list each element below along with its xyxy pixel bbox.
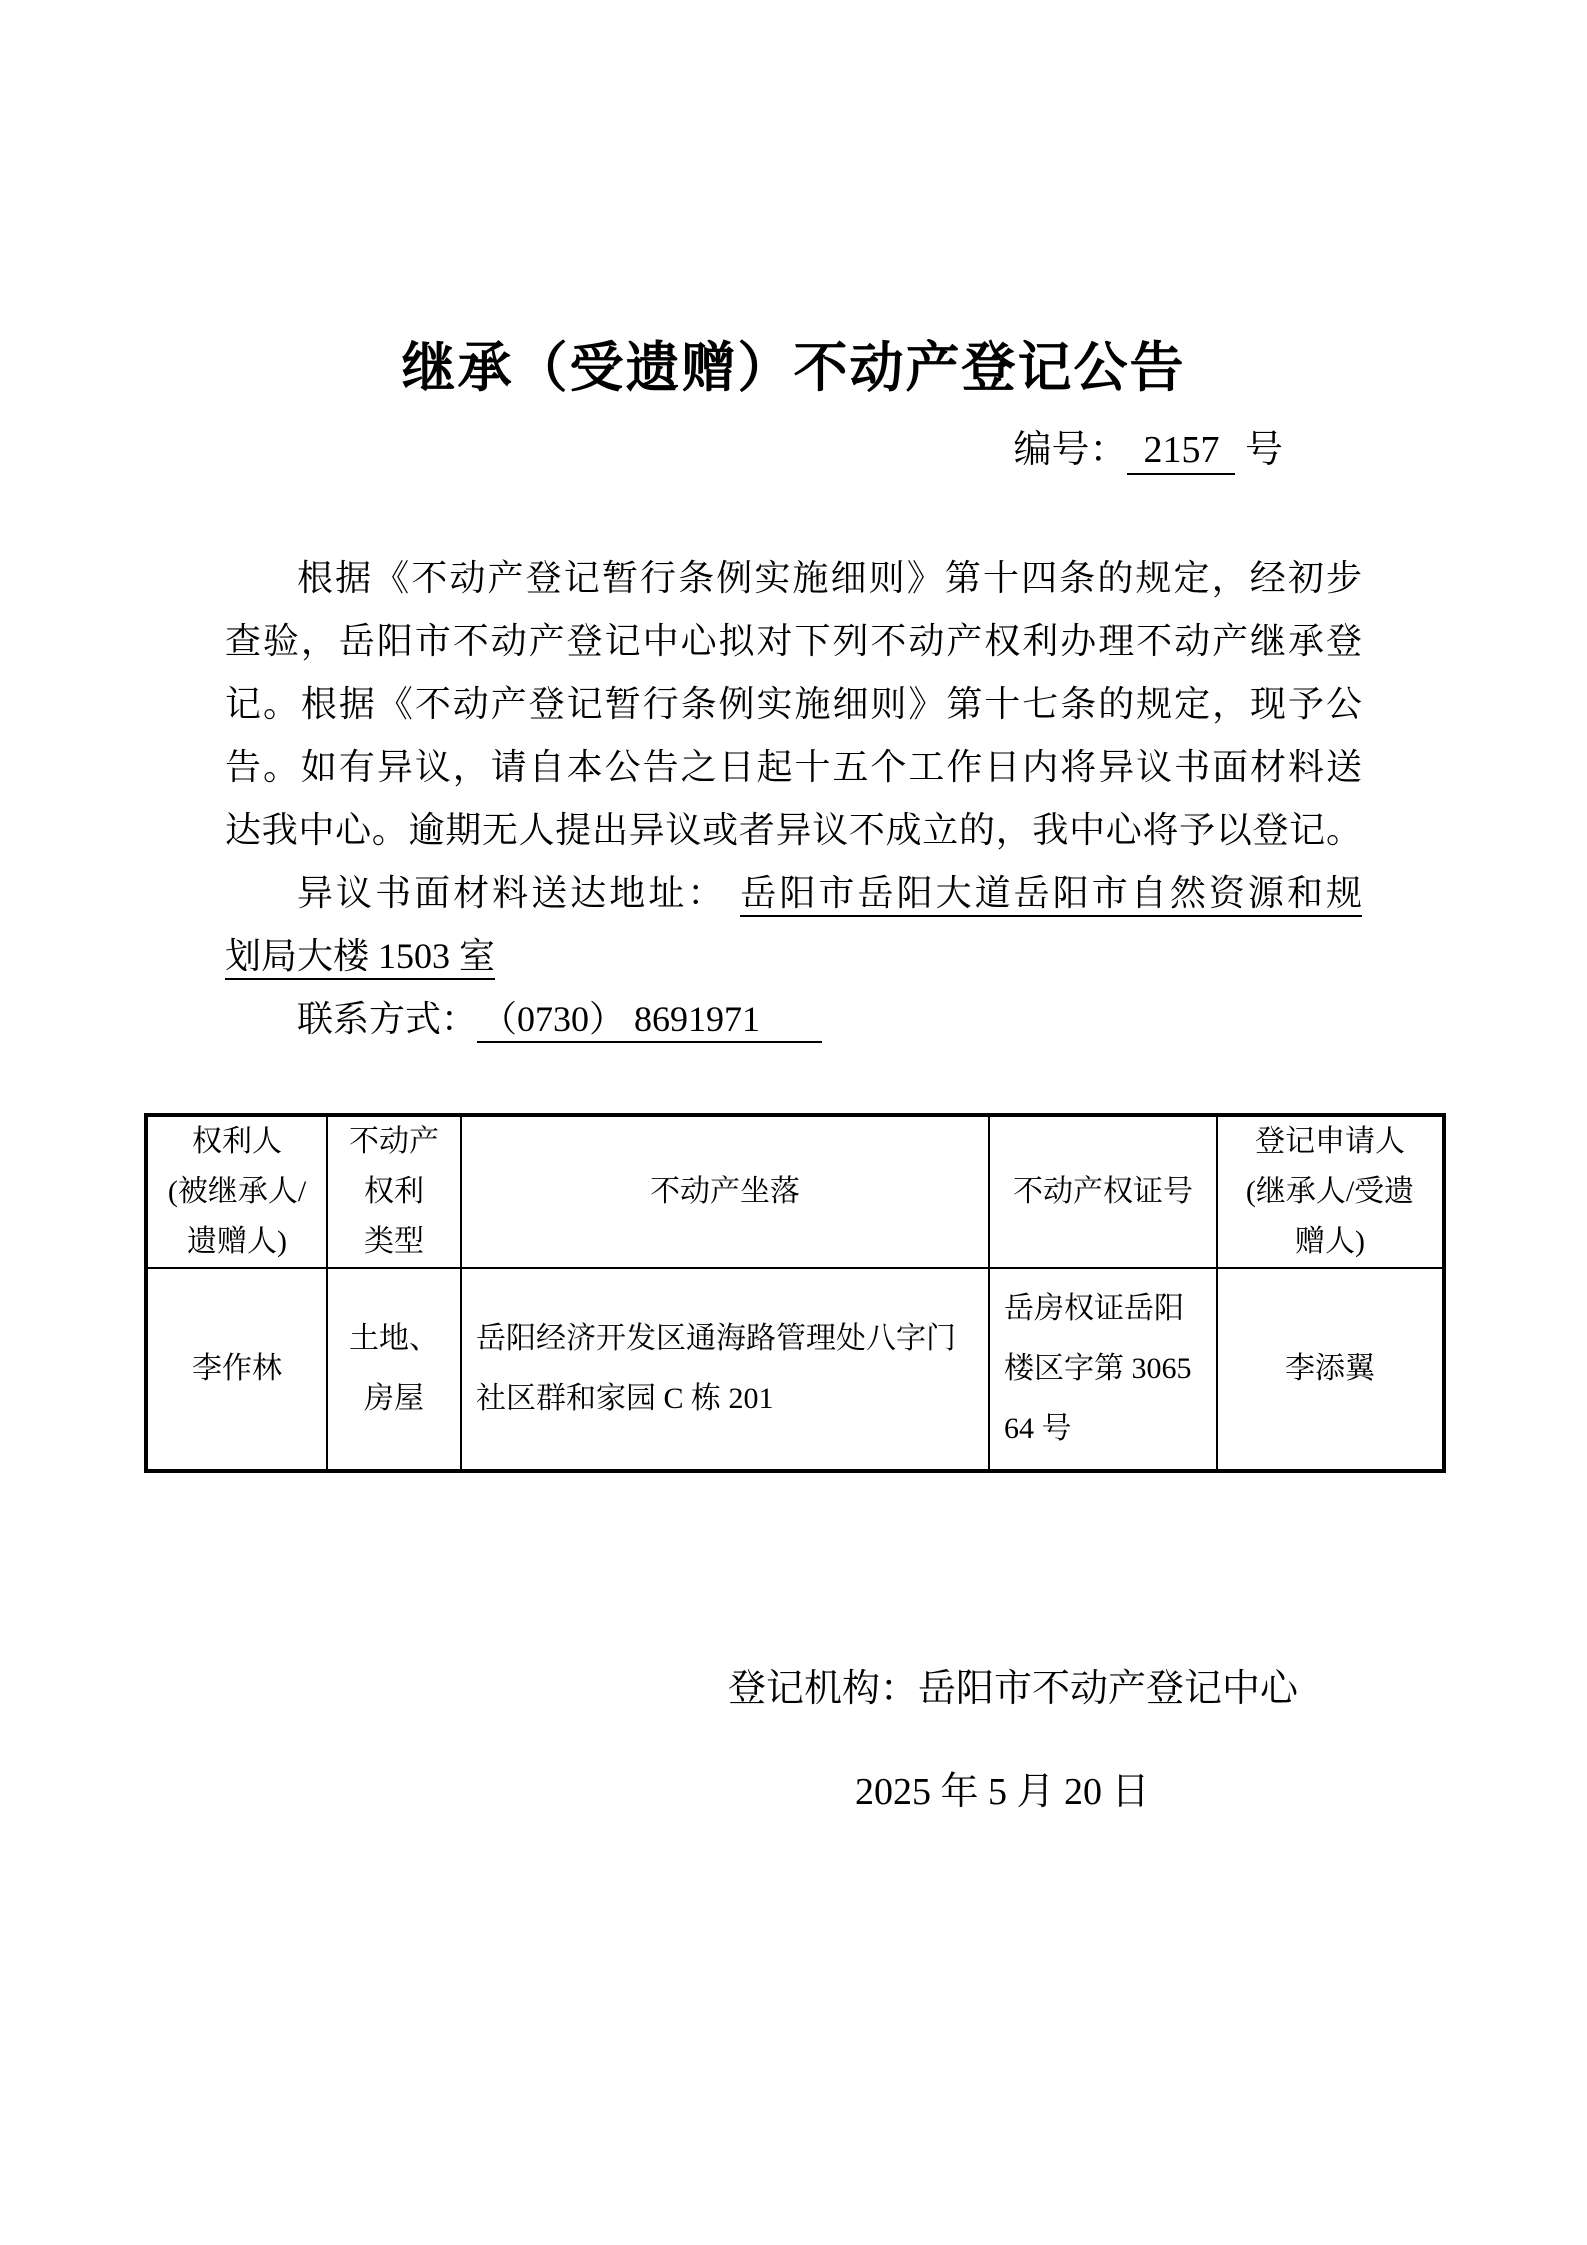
- contact-value: （0730） 8691971: [477, 999, 822, 1043]
- contact-label: 联系方式：: [297, 999, 477, 1039]
- table-cell-rightholder: 李作林: [146, 1268, 327, 1471]
- serial-suffix: 号: [1235, 429, 1283, 471]
- table-header-row: 权利人 (被继承人/ 遗赠人) 不动产 权利 类型 不动产坐落 不动产权证号 登…: [146, 1115, 1444, 1268]
- page-title: 继承（受遗赠）不动产登记公告: [225, 335, 1362, 403]
- address-label: 异议书面材料送达地址：: [297, 873, 726, 913]
- paragraph-line-2: 查验，岳阳市不动产登记中心拟对下列不动产权利办理不动产继承登: [225, 610, 1362, 673]
- address-line-2: 划局大楼 1503 室: [225, 925, 1362, 988]
- contact-line: 联系方式：（0730） 8691971: [225, 988, 1362, 1051]
- serial-number-line: 编号：2157 号: [225, 419, 1362, 482]
- table-header-rightholder: 权利人 (被继承人/ 遗赠人): [146, 1115, 327, 1268]
- document-page: 继承（受遗赠）不动产登记公告 编号：2157 号 根据《不动产登记暂行条例实施细…: [0, 0, 1587, 2245]
- table-cell-location: 岳阳经济开发区通海路管理处八字门社区群和家园 C 栋 201: [461, 1268, 989, 1471]
- date-line: 2025 年 5 月 20 日: [225, 1761, 1362, 1824]
- table-row: 李作林 土地、 房屋 岳阳经济开发区通海路管理处八字门社区群和家园 C 栋 20…: [146, 1268, 1444, 1471]
- table-header-certificate-no: 不动产权证号: [989, 1115, 1217, 1268]
- address-value-part-2: 划局大楼 1503 室: [225, 936, 495, 980]
- paragraph-line-1: 根据《不动产登记暂行条例实施细则》第十四条的规定，经初步: [225, 547, 1362, 610]
- table-cell-applicant: 李添翼: [1217, 1268, 1444, 1471]
- paragraph-line-4: 告。如有异议，请自本公告之日起十五个工作日内将异议书面材料送: [225, 736, 1362, 799]
- table-cell-right-type: 土地、 房屋: [327, 1268, 461, 1471]
- serial-label: 编号：: [1013, 429, 1127, 471]
- address-value-part-1: 岳阳市岳阳大道岳阳市自然资源和规: [740, 873, 1362, 917]
- table-header-applicant: 登记申请人 (继承人/受遗 赠人): [1217, 1115, 1444, 1268]
- paragraph-line-3: 记。根据《不动产登记暂行条例实施细则》第十七条的规定，现予公: [225, 673, 1362, 736]
- address-line-1: 异议书面材料送达地址：岳阳市岳阳大道岳阳市自然资源和规: [225, 862, 1362, 925]
- authority-line: 登记机构：岳阳市不动产登记中心: [225, 1658, 1362, 1721]
- notice-paragraph: 根据《不动产登记暂行条例实施细则》第十四条的规定，经初步 查验，岳阳市不动产登记…: [225, 547, 1362, 862]
- table-cell-certificate-no: 岳房权证岳阳楼区字第 306564 号: [989, 1268, 1217, 1471]
- table-header-location: 不动产坐落: [461, 1115, 989, 1268]
- property-table: 权利人 (被继承人/ 遗赠人) 不动产 权利 类型 不动产坐落 不动产权证号 登…: [144, 1113, 1446, 1473]
- table-header-right-type: 不动产 权利 类型: [327, 1115, 461, 1268]
- paragraph-line-5: 达我中心。逾期无人提出异议或者异议不成立的，我中心将予以登记。: [225, 799, 1362, 862]
- serial-value: 2157: [1127, 429, 1235, 475]
